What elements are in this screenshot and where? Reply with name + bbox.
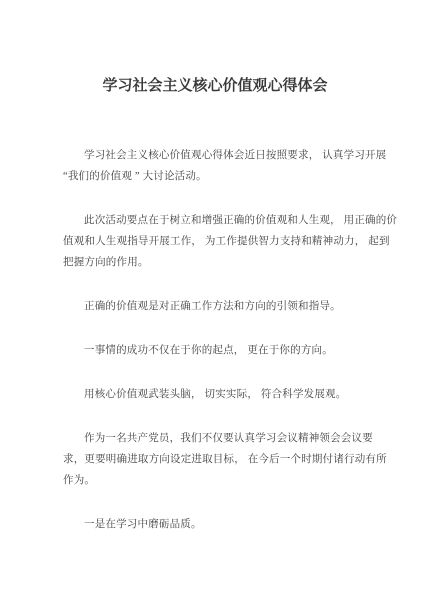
text-line: 作为。 [63,470,367,491]
text-line: 学习社会主义核心价值观心得体会近日按照要求， 认真学习开展 [63,145,367,166]
text-line: 一是在学习中磨砺品质。 [63,514,367,535]
paragraph-3: 正确的价值观是对正确工作方法和方向的引领和指导。 [63,296,367,317]
text-line: 正确的价值观是对正确工作方法和方向的引领和指导。 [63,296,367,317]
text-line: 用核心价值观武装头脑， 切实实际， 符合科学发展观。 [63,384,367,405]
text-line: 值观和人生观指导开展工作， 为工作提供智力支持和精神动力， 起到 [63,231,367,252]
text-line: 求，更要明确进取方向设定进取目标， 在今后一个时期付诸行动有所 [63,449,367,470]
paragraph-6: 作为一名共产党员，我们不仅要认真学习会议精神领会会议要 求，更要明确进取方向设定… [63,428,367,491]
paragraph-1: 学习社会主义核心价值观心得体会近日按照要求， 认真学习开展 “我们的价值观 ” … [63,145,367,187]
text-line: 把握方向的作用。 [63,252,367,273]
paragraph-7: 一是在学习中磨砺品质。 [63,514,367,535]
paragraph-2: 此次活动要点在于树立和增强正确的价值观和人生观， 用正确的价 值观和人生观指导开… [63,210,367,273]
document-page: 学习社会主义核心价值观心得体会 学习社会主义核心价值观心得体会近日按照要求， 认… [0,0,423,600]
text-line: “我们的价值观 ” 大讨论活动。 [63,166,367,187]
text-line: 作为一名共产党员，我们不仅要认真学习会议精神领会会议要 [63,428,367,449]
text-line: 一事情的成功不仅在于你的起点， 更在于你的方向。 [63,340,367,361]
paragraph-4: 一事情的成功不仅在于你的起点， 更在于你的方向。 [63,340,367,361]
paragraph-5: 用核心价值观武装头脑， 切实实际， 符合科学发展观。 [63,384,367,405]
document-title: 学习社会主义核心价值观心得体会 [63,76,367,97]
text-line: 此次活动要点在于树立和增强正确的价值观和人生观， 用正确的价 [63,210,367,231]
